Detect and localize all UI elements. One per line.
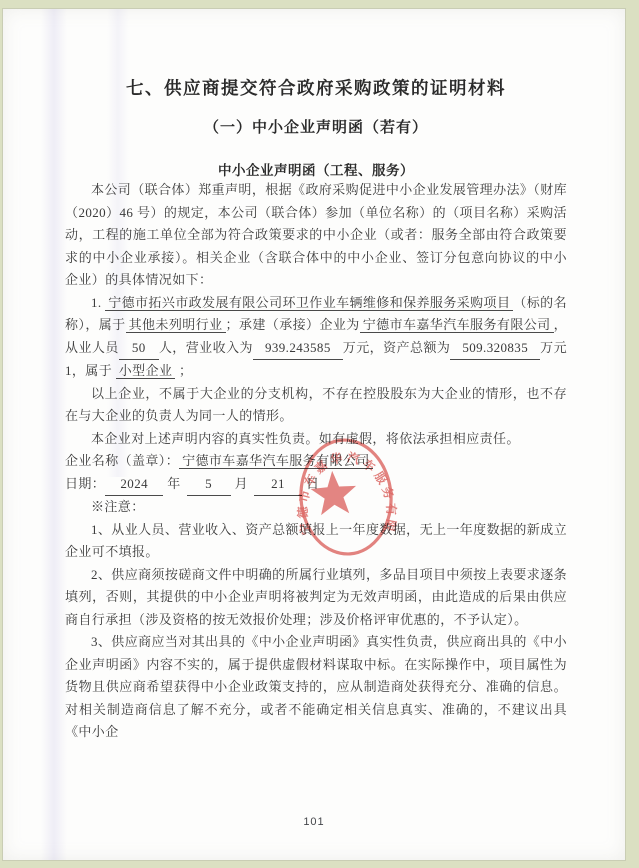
- assets-fill: 509.320835: [450, 337, 540, 361]
- no-affiliation-paragraph: 以上企业，不属于大企业的分支机构，不存在控股股东为大企业的情形，也不存在与大企业…: [65, 383, 567, 428]
- page-number: 101: [3, 816, 625, 828]
- date-label: 日期：: [65, 476, 105, 491]
- responsibility-paragraph: 本企业对上述声明内容的真实性负责。如有虚假，将依法承担相应责任。: [65, 428, 567, 451]
- document-content: 七、供应商提交符合政府采购政策的证明材料 （一）中小企业声明函（若有） 中小企业…: [65, 9, 567, 744]
- project-name-fill: 宁德市拓兴市政发展有限公司环卫作业车辆维修和保养服务采购项目: [105, 295, 513, 311]
- notice-label: ※注意：: [65, 496, 567, 519]
- date-year-fill: 2024: [105, 473, 163, 497]
- enterprise-type-fill: 小型企业: [116, 363, 176, 379]
- company-name-line: 企业名称（盖章）：宁德市车嘉华汽车服务有限公司: [65, 450, 567, 473]
- item-1-paragraph: 1. 宁德市拓兴市政发展有限公司环卫作业车辆维修和保养服务采购项目（标的名称），…: [65, 292, 567, 383]
- date-line: 日期：2024年5月21日: [65, 473, 567, 497]
- intro-paragraph: 本公司（联合体）郑重声明，根据《政府采购促进中小企业发展管理办法》（财库（202…: [65, 179, 567, 292]
- item-text-after-revenue: 万元，资产总额为: [343, 340, 451, 355]
- note-1: 1、从业人员、营业收入、资产总额填报上一年度数据，无上一年度数据的新成立企业可不…: [65, 519, 567, 564]
- date-day-fill: 21: [254, 473, 302, 497]
- industry-fill: 其他未列明行业: [126, 317, 226, 333]
- item-text-after-employees: 人，营业收入为: [159, 340, 253, 355]
- item-text-end: ；: [179, 363, 192, 378]
- scan-streak: [41, 9, 67, 860]
- date-day-unit: 日: [306, 476, 319, 491]
- company-name-fill: 宁德市车嘉华汽车服务有限公司: [179, 453, 373, 469]
- item-number: 1.: [91, 295, 102, 310]
- form-heading: 中小企业声明函（工程、服务）: [65, 162, 567, 179]
- note-2: 2、供应商须按磋商文件中明确的所属行业填列，多品目项目中须按上表要求逐条填列，否…: [65, 564, 567, 632]
- company-label: 企业名称（盖章）：: [65, 453, 179, 468]
- doc-title: 七、供应商提交符合政府采购政策的证明材料: [65, 77, 567, 99]
- note-3: 3、供应商应当对其出具的《中小企业声明函》真实性负责，供应商出具的《中小企业声明…: [65, 631, 567, 744]
- document-page: 七、供应商提交符合政府采购政策的证明材料 （一）中小企业声明函（若有） 中小企业…: [2, 8, 626, 861]
- contractor-fill: 宁德市车嘉华汽车服务有限公司: [360, 317, 554, 333]
- doc-subtitle: （一）中小企业声明函（若有）: [65, 119, 567, 138]
- item-text-after-industry: ；承建（承接）企业为: [226, 317, 360, 332]
- employees-fill: 50: [119, 337, 159, 361]
- date-year-unit: 年: [167, 476, 180, 491]
- date-month-unit: 月: [235, 476, 248, 491]
- revenue-fill: 939.243585: [253, 337, 343, 361]
- date-month-fill: 5: [187, 473, 231, 497]
